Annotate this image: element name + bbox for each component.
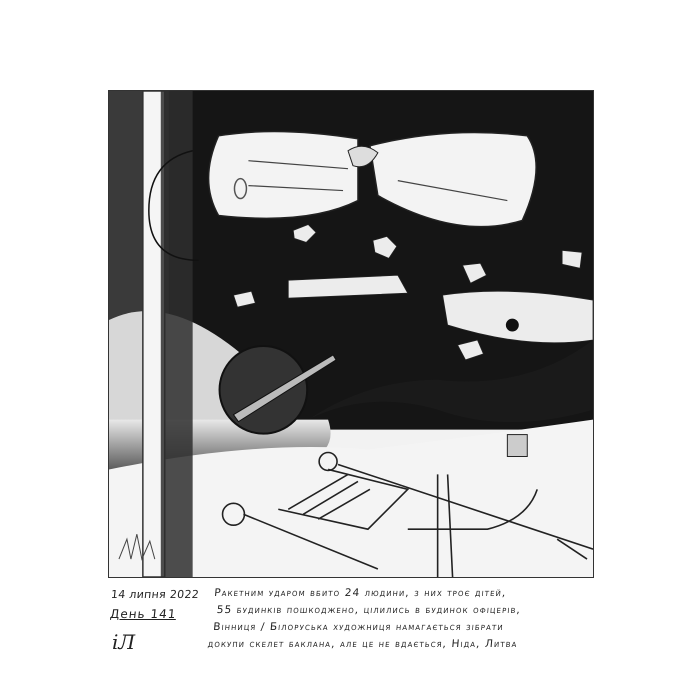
caption-date: 14 липня 2022 <box>110 588 199 601</box>
caption-line: 55 будинків пошкоджено, цілились в будин… <box>216 602 683 619</box>
artwork-drawing <box>108 90 594 578</box>
caption-line: Вінниця / Білоруська художниця намагаєть… <box>213 619 682 636</box>
artist-signature: iЛ <box>112 630 135 654</box>
caption-day: День 141 <box>109 607 177 621</box>
caption-text: Ракетним ударом вбито 24 людини, з них т… <box>209 585 685 653</box>
drawing-canvas <box>109 91 593 577</box>
caption-line: докупи скелет баклана, але це не вдаєтьс… <box>207 636 680 653</box>
caption-line: Ракетним ударом вбито 24 людини, з них т… <box>213 585 684 602</box>
